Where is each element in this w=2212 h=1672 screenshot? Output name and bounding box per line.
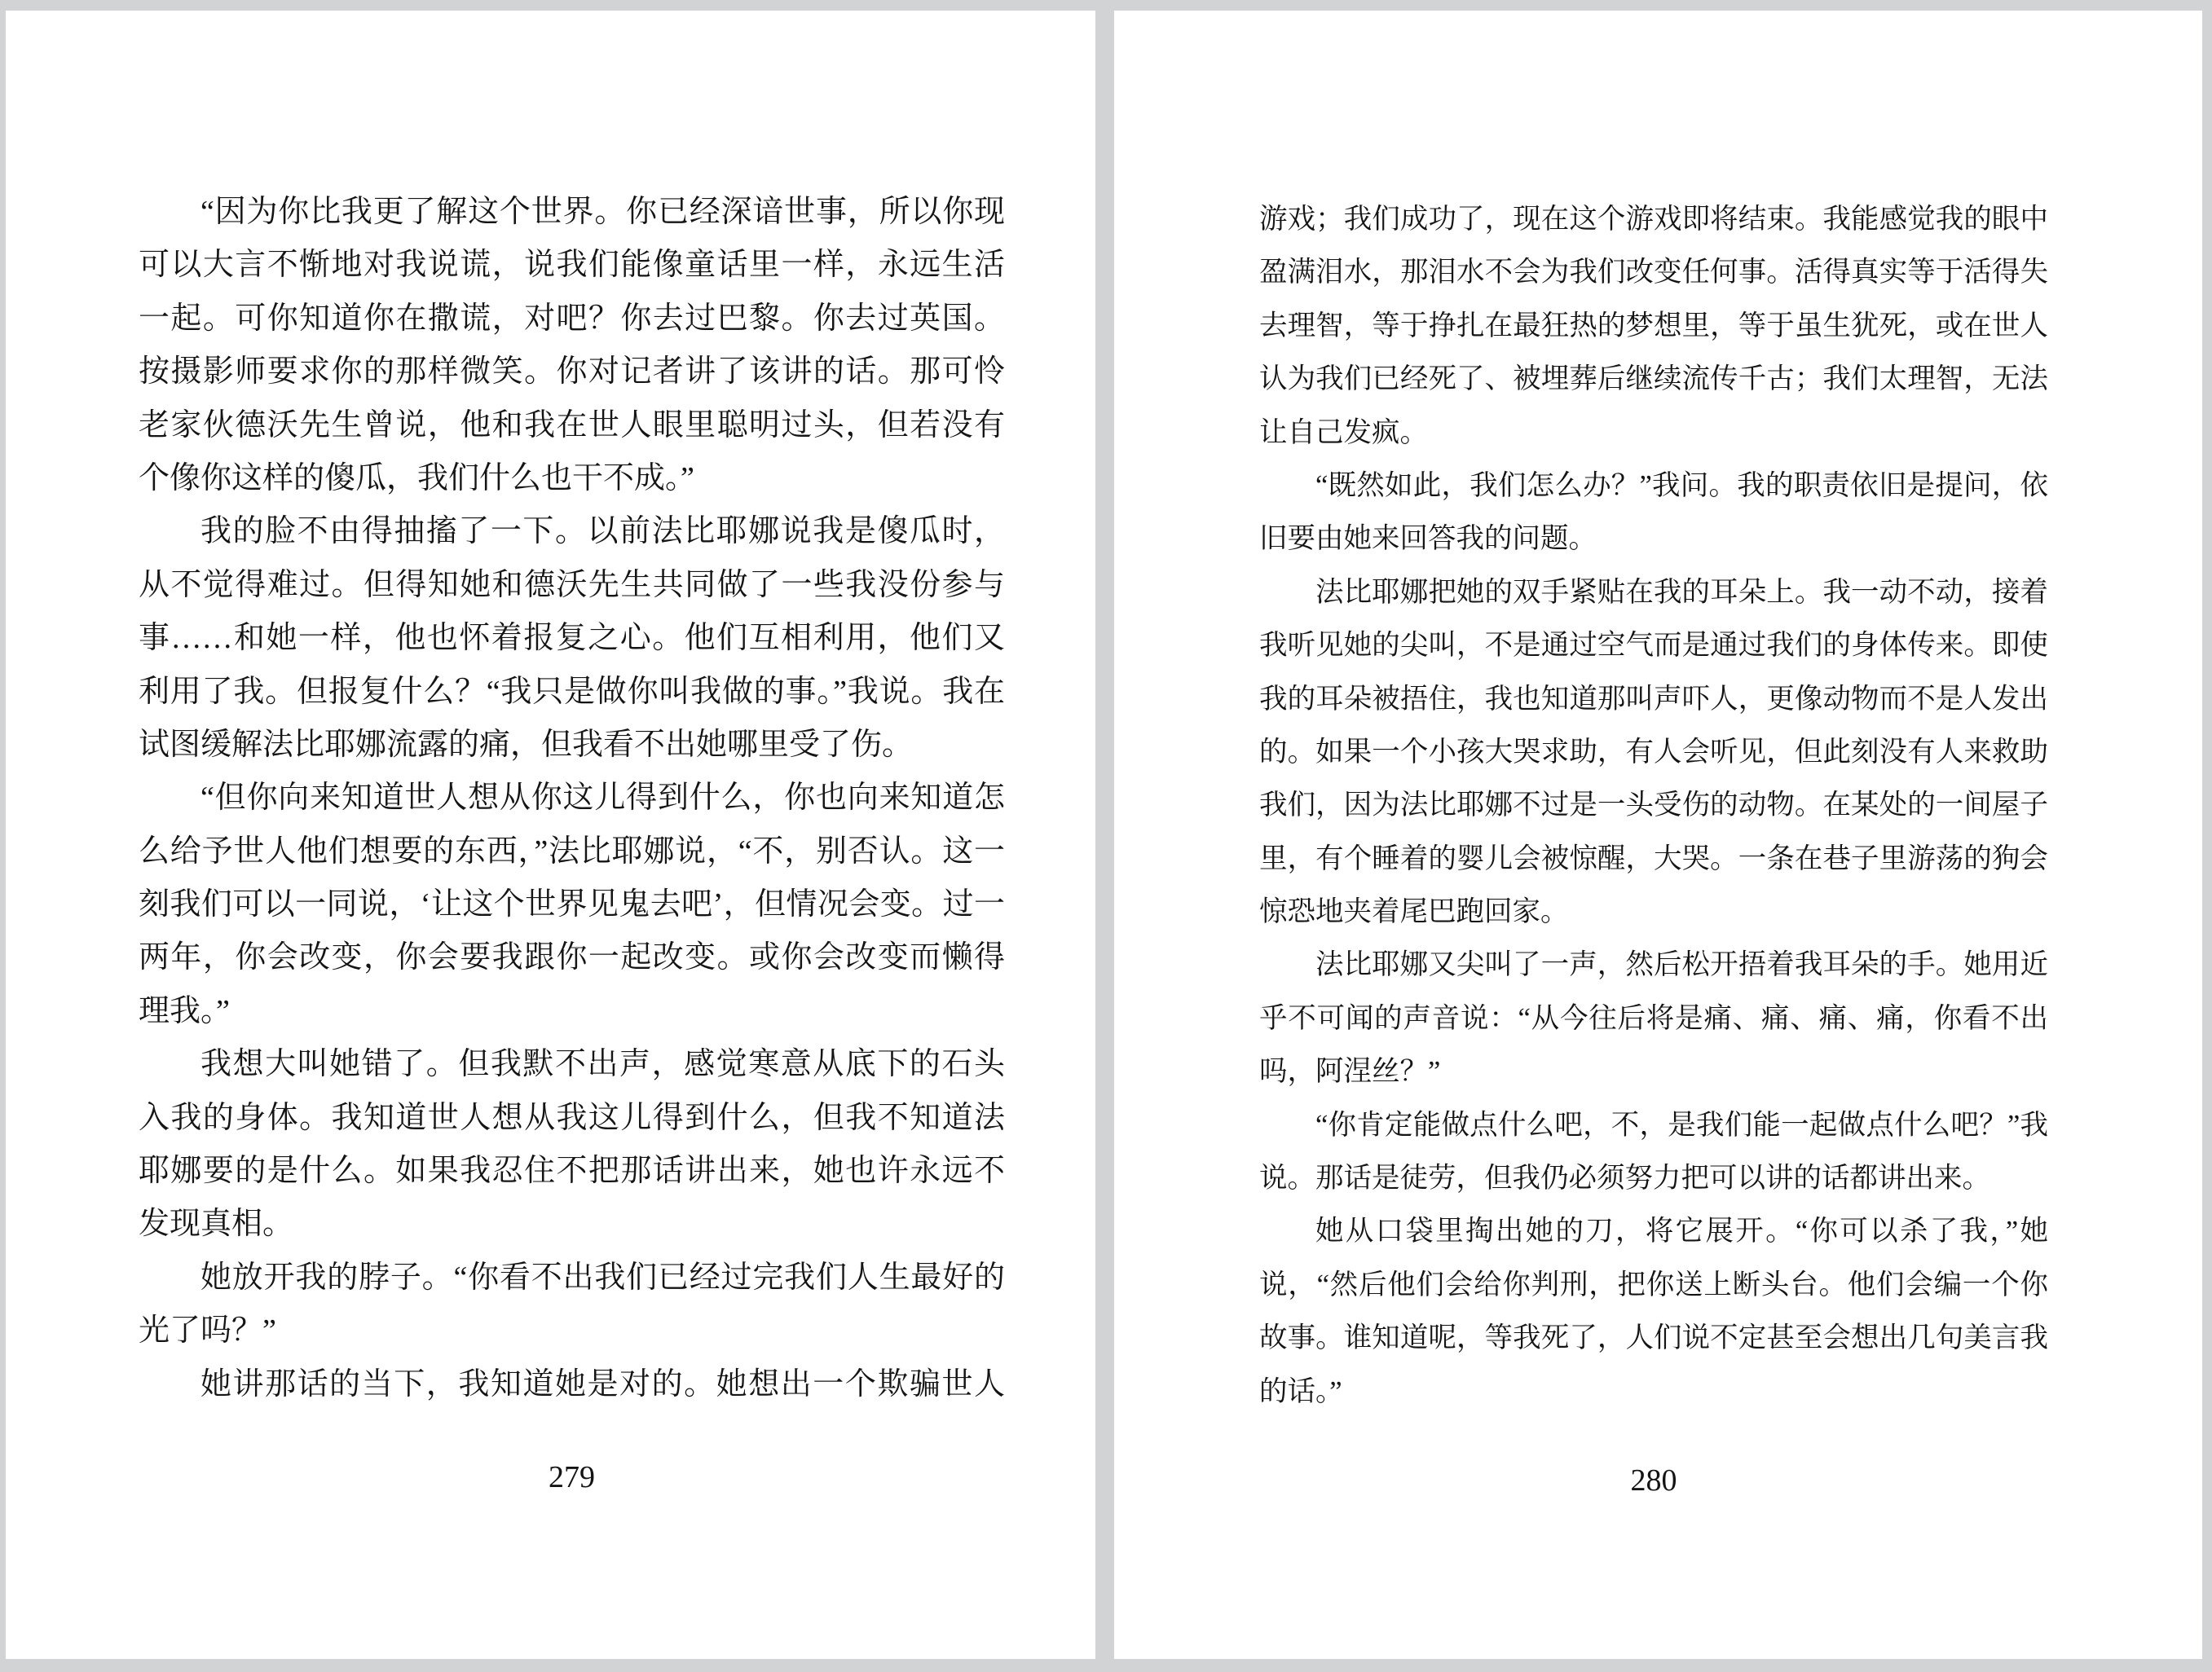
text-line: 的。如果一个小孩大哭求助，有人会听见，但此刻没有人来救助	[1259, 726, 2048, 779]
text-line: “但你向来知道世人想从你这儿得到什么，你也向来知道怎	[139, 772, 1005, 825]
text-line: 我们，因为法比耶娜不过是一头受伤的动物。在某处的一间屋子	[1259, 779, 2048, 832]
text-line: 旧要由她来回答我的问题。	[1259, 513, 2048, 565]
text-line: 说，“然后他们会给你判刑，把你送上断头台。他们会编一个你的	[1259, 1259, 2048, 1312]
text-line: “因为你比我更了解这个世界。你已经深谙世事，所以你现在	[139, 186, 1005, 239]
text-line: 她放开我的脖子。“你看不出我们已经过完我们人生最好的时	[139, 1252, 1005, 1305]
text-line: 我听见她的尖叫，不是通过空气而是通过我们的身体传来。即使	[1259, 619, 2048, 672]
text-line: 故事。谁知道呢，等我死了，人们说不定甚至会想出几句美言我	[1259, 1312, 2048, 1365]
text-line: 光了吗？”	[139, 1305, 1005, 1357]
page-right-text: 游戏；我们成功了，现在这个游戏即将结束。我能感觉我的眼中盈满泪水，那泪水不会为我…	[1259, 193, 2048, 1419]
text-line: 她从口袋里掏出她的刀，将它展开。“你可以杀了我，”她	[1259, 1205, 2048, 1258]
text-line: 么给予世人他们想要的东西，”法比耶娜说，“不，别否认。这一	[139, 825, 1005, 878]
text-line: “既然如此，我们怎么办？”我问。我的职责依旧是提问，依	[1259, 460, 2048, 513]
text-line: 她讲那话的当下，我知道她是对的。她想出一个欺骗世人的	[139, 1358, 1005, 1411]
text-line: 从不觉得难过。但得知她和德沃先生共同做了一些我没份参与的	[139, 559, 1005, 612]
text-line: 一起。可你知道你在撒谎，对吧？你去过巴黎。你去过英国。你	[139, 293, 1005, 345]
text-line: 发现真相。	[139, 1198, 1005, 1251]
page-left-number: 279	[139, 1459, 1005, 1495]
text-line: 试图缓解法比耶娜流露的痛，但我看不出她哪里受了伤。	[139, 719, 1005, 772]
book-spread: “因为你比我更了解这个世界。你已经深谙世事，所以你现在可以大言不惭地对我说谎，说…	[0, 0, 2212, 1672]
text-line: 吗，阿涅丝？”	[1259, 1045, 2048, 1098]
text-line: 理我。”	[139, 985, 1005, 1038]
text-line: 事……和她一样，他也怀着报复之心。他们互相利用，他们又都	[139, 612, 1005, 665]
text-line: 盈满泪水，那泪水不会为我们改变任何事。活得真实等于活得失	[1259, 246, 2048, 299]
text-line: 刻我们可以一同说，‘让这个世界见鬼去吧’，但情况会变。过一	[139, 878, 1005, 931]
text-line: “你肯定能做点什么吧，不，是我们能一起做点什么吧？”我	[1259, 1099, 2048, 1152]
text-line: 惊恐地夹着尾巴跑回家。	[1259, 886, 2048, 939]
text-line: 乎不可闻的声音说：“从今往后将是痛、痛、痛、痛，你看不出来	[1259, 992, 2048, 1045]
page-right: 游戏；我们成功了，现在这个游戏即将结束。我能感觉我的眼中盈满泪水，那泪水不会为我…	[1114, 11, 2202, 1659]
text-line: 去理智，等于挣扎在最狂热的梦想里，等于虽生犹死，或在世人	[1259, 300, 2048, 353]
text-line: 老家伙德沃先生曾说，他和我在世人眼里聪明过头，但若没有一	[139, 399, 1005, 452]
text-line: 让自己发疯。	[1259, 407, 2048, 460]
text-line: 入我的身体。我知道世人想从我这儿得到什么，但我不知道法比	[139, 1092, 1005, 1145]
text-line: 的话。”	[1259, 1366, 2048, 1419]
text-line: 按摄影师要求你的那样微笑。你对记者讲了该讲的话。那可怜的	[139, 345, 1005, 398]
page-left: “因为你比我更了解这个世界。你已经深谙世事，所以你现在可以大言不惭地对我说谎，说…	[6, 11, 1095, 1659]
text-line: 利用了我。但报复什么？“我只是做你叫我做的事。”我说。我在	[139, 666, 1005, 719]
text-line: 认为我们已经死了、被埋葬后继续流传千古；我们太理智，无法	[1259, 353, 2048, 406]
text-line: 个像你这样的傻瓜，我们什么也干不成。”	[139, 452, 1005, 505]
text-line: 说。那话是徒劳，但我仍必须努力把可以讲的话都讲出来。	[1259, 1152, 2048, 1205]
text-line: 里，有个睡着的婴儿会被惊醒，大哭。一条在巷子里游荡的狗会	[1259, 833, 2048, 886]
text-line: 我的耳朵被捂住，我也知道那叫声吓人，更像动物而不是人发出	[1259, 673, 2048, 726]
text-line: 法比耶娜又尖叫了一声，然后松开捂着我耳朵的手。她用近	[1259, 939, 2048, 992]
text-line: 两年，你会改变，你会要我跟你一起改变。或你会改变而懒得	[139, 931, 1005, 984]
text-line: 游戏；我们成功了，现在这个游戏即将结束。我能感觉我的眼中	[1259, 193, 2048, 246]
page-right-number: 280	[1259, 1463, 2048, 1498]
text-line: 可以大言不惭地对我说谎，说我们能像童话里一样，永远生活在	[139, 239, 1005, 292]
text-line: 耶娜要的是什么。如果我忍住不把那话讲出来，她也许永远不会	[139, 1145, 1005, 1198]
page-left-text: “因为你比我更了解这个世界。你已经深谙世事，所以你现在可以大言不惭地对我说谎，说…	[139, 186, 1005, 1411]
text-line: 我的脸不由得抽搐了一下。以前法比耶娜说我是傻瓜时，我	[139, 505, 1005, 558]
text-line: 我想大叫她错了。但我默不出声，感觉寒意从底下的石头渗	[139, 1038, 1005, 1091]
text-line: 法比耶娜把她的双手紧贴在我的耳朵上。我一动不动，接着	[1259, 566, 2048, 619]
